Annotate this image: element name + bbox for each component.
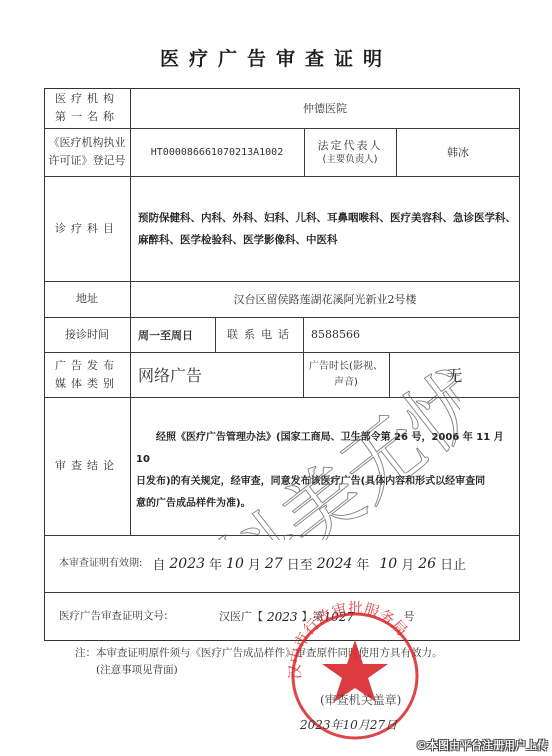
- media-value: 网络广告: [130, 352, 303, 397]
- conclusion-line: 日发布)的有关规定，经审查，同意发布该医疗广告(具体内容和形式以经审查同: [136, 471, 485, 493]
- label-line: 《医疗机构执业: [49, 134, 126, 152]
- label-line: 法定代表人: [318, 138, 383, 153]
- duration-value: 无: [389, 352, 520, 397]
- label-line: 许可证》登记号: [49, 152, 126, 170]
- phone-label: 联系电话: [215, 317, 303, 352]
- departments-line: 麻醉科、医学检验科、医学影像科、中医科: [138, 229, 338, 251]
- end-month: 10: [379, 556, 397, 572]
- conclusion-line: 经照《医疗广告管理办法》(国家工商局、卫生部令第 26 号，2006 年 11 …: [136, 427, 520, 471]
- label-line: 医疗机构: [55, 90, 119, 108]
- validity-row: 本审查证明有效期: 自 2023 年 10 月 27 日至 2024 年 10 …: [44, 535, 520, 592]
- departments-value: 预防保健科、内科、外科、妇科、儿科、耳鼻咽喉科、医疗美容科、急诊医学科、 麻醉科…: [130, 176, 520, 281]
- hours-value: 周一至周日: [130, 317, 215, 352]
- upload-credit: ©本图由平台注册用户上传: [416, 737, 548, 753]
- document-title: 医疗广告审查证明: [0, 44, 552, 71]
- legal-rep-value: 韩冰: [396, 128, 520, 176]
- label-line: 声音): [334, 375, 358, 391]
- license-number: HT000086661070213A1002: [130, 128, 304, 176]
- validity-suffix: 日止: [440, 554, 466, 573]
- stamp-caption: (审查机关盖章): [320, 691, 401, 708]
- month-char: 月: [401, 554, 414, 573]
- start-year: 2023: [169, 556, 205, 572]
- validity-prefix: 自: [152, 554, 165, 573]
- doc-number-prefix: 汉医广【: [219, 608, 263, 626]
- year-char: 年: [209, 554, 222, 573]
- departments-label: 诊疗科目: [44, 176, 130, 281]
- note-line-2: (注意事项见背面): [75, 662, 178, 677]
- stamp-date: 2023年10月27日: [300, 716, 397, 733]
- day-to: 日至: [287, 554, 313, 573]
- conclusion-label: 审查结论: [44, 397, 130, 535]
- label-line: 第一名称: [55, 108, 119, 126]
- phone-value: 8588566: [303, 317, 520, 352]
- start-day: 27: [265, 556, 283, 572]
- institution-name-value: 仲德医院: [130, 88, 520, 128]
- legal-rep-label: 法定代表人 (主要负责人): [304, 128, 396, 176]
- doc-number-label: 医疗广告审查证明文号:: [59, 608, 219, 625]
- media-label: 广告发布 媒体类别: [44, 352, 130, 397]
- end-year: 2024: [317, 556, 353, 572]
- duration-label: 广告时长(影视、 声音): [303, 352, 389, 397]
- month-char: 月: [248, 554, 261, 573]
- conclusion-text: 经照《医疗广告管理办法》(国家工商局、卫生部令第 26 号，2006 年 11 …: [130, 397, 520, 535]
- end-day: 26: [418, 556, 436, 572]
- license-label: 《医疗机构执业 许可证》登记号: [44, 128, 130, 176]
- year-char: 年: [356, 554, 369, 573]
- label-line: 媒体类别: [55, 375, 119, 393]
- institution-name-label: 医疗机构 第一名称: [44, 88, 130, 128]
- validity-label: 本审查证明有效期:: [59, 556, 142, 572]
- conclusion-line: 意的广告成品样件为准)。: [136, 493, 251, 515]
- address-value: 汉台区留侯路莲湖花溪阿光新业2号楼: [130, 281, 520, 317]
- label-line: (主要负责人): [323, 153, 378, 166]
- hours-label: 接诊时间: [44, 317, 130, 352]
- departments-line: 预防保健科、内科、外科、妇科、儿科、耳鼻咽喉科、医疗美容科、急诊医学科、: [138, 207, 516, 229]
- label-line: 广告时长(影视、: [309, 359, 383, 375]
- address-label: 地址: [44, 281, 130, 317]
- start-month: 10: [226, 556, 244, 572]
- label-line: 广告发布: [55, 357, 119, 375]
